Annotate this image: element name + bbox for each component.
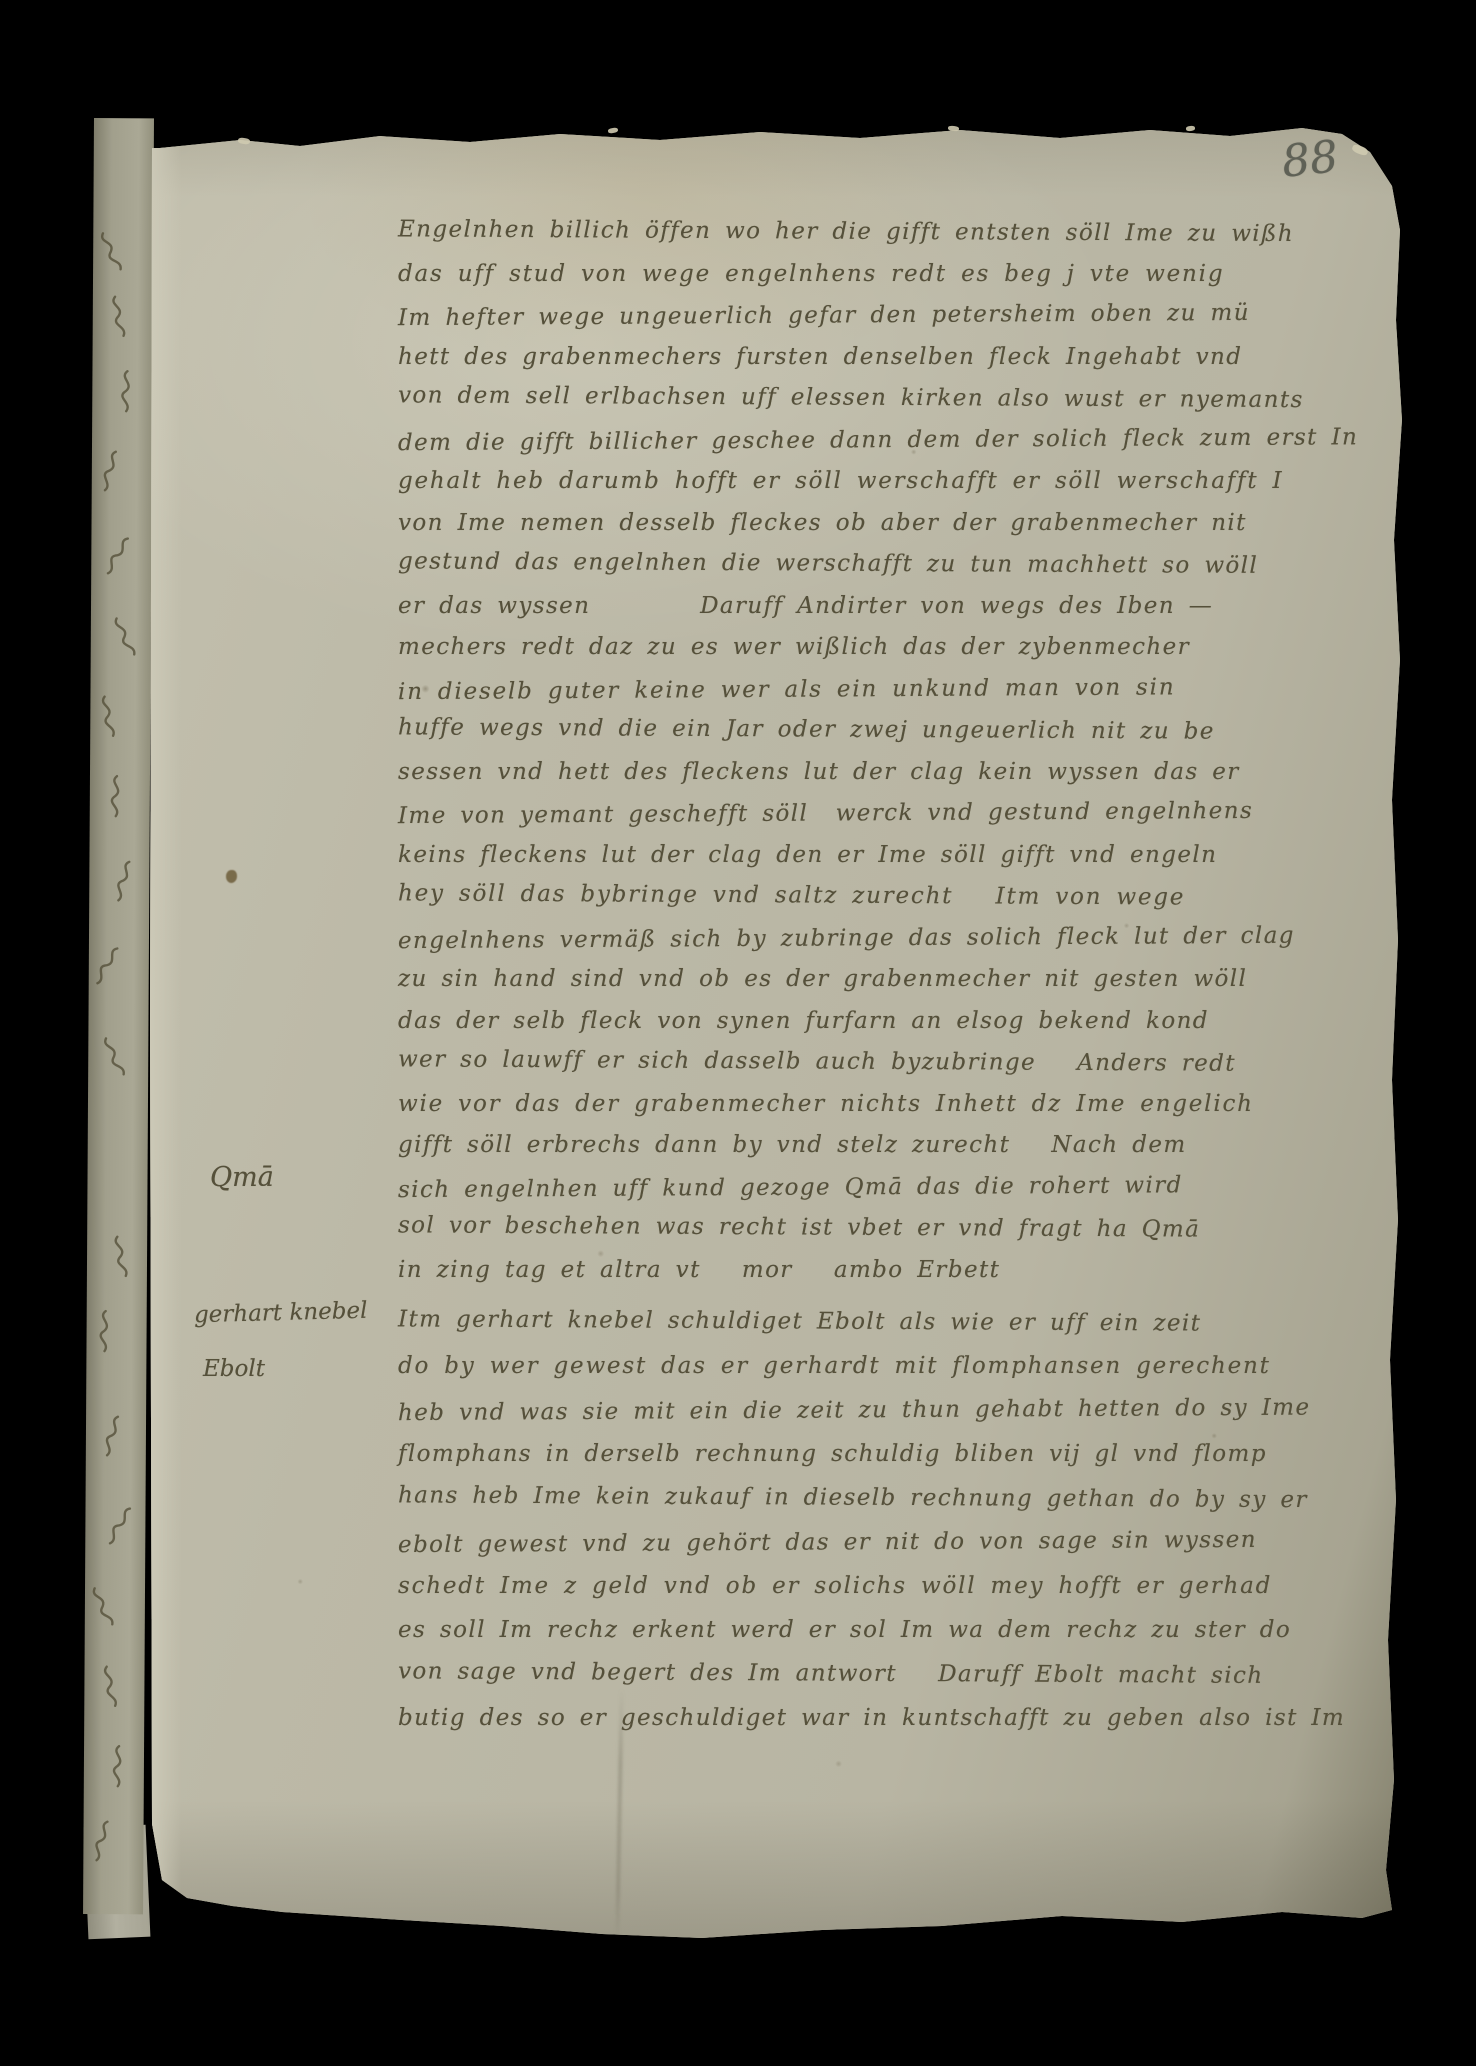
manuscript-line: es soll Im rechz erkent werd er sol Im w… xyxy=(398,1608,1418,1652)
manuscript-line: Im hefter wege ungeuerlich gefar den pet… xyxy=(398,292,1418,340)
manuscript-line: engelnhens vermäß sich by zubringe das s… xyxy=(398,914,1418,962)
manuscript-line: schedt Ime z geld vnd ob er solichs wöll… xyxy=(398,1564,1418,1608)
page-number: 88 xyxy=(1279,131,1340,188)
manuscript-line: gestund das engelnhen die werschafft zu … xyxy=(398,541,1418,588)
prev-page-text-fragment xyxy=(93,1661,129,1712)
manuscript-line: das uff stud von wege engelnhens redt es… xyxy=(398,254,1418,296)
prev-page-text-fragment xyxy=(84,1816,121,1867)
prev-page-strip xyxy=(83,118,154,1914)
manuscript-line: dem die gifft billicher geschee dann dem… xyxy=(398,416,1418,464)
prev-page-text-fragment xyxy=(85,940,130,993)
manuscript-line: ebolt gewest vnd zu gehört das er nit do… xyxy=(398,1517,1418,1567)
manuscript-line: hey söll das bybringe vnd saltz zurecht … xyxy=(398,873,1418,920)
prev-page-text-fragment xyxy=(82,1580,126,1633)
manuscript-line: gifft söll erbrechs dann by vnd stelz zu… xyxy=(398,1125,1418,1167)
deckle-fleck xyxy=(948,125,959,131)
paragraph-1: Engelnhen billich öffen wo her die gifft… xyxy=(398,212,1418,1291)
manuscript-line: huffe wegs vnd die ein Jar oder zwej ung… xyxy=(398,707,1418,754)
prev-page-text-fragment xyxy=(104,773,130,819)
prev-page-text-fragment xyxy=(114,368,140,414)
manuscript-line: Ime von yemant geschefft söll werck vnd … xyxy=(398,790,1418,838)
deckle-fleck xyxy=(1186,126,1195,132)
manuscript-line: sich engelnhen uff kund gezoge Qmā das d… xyxy=(398,1163,1418,1211)
manuscript-line: hans heb Ime kein zukauf in dieselb rech… xyxy=(398,1473,1418,1522)
margin-note-gerhart-knebel: gerhart knebel xyxy=(194,1298,368,1329)
manuscript-line: gehalt heb darumb hofft er söll werschaf… xyxy=(398,461,1418,503)
manuscript-line: wer so lauwff er sich dasselb auch byzub… xyxy=(398,1039,1418,1086)
prev-page-text-fragment xyxy=(93,1030,137,1083)
manuscript-line: butig des so er geschuldiget war in kunt… xyxy=(398,1696,1418,1740)
manuscript-line: hett des grabenmechers fursten denselben… xyxy=(398,337,1418,379)
manuscript-line: zu sin hand sind vnd ob es der grabenmec… xyxy=(398,959,1418,1001)
prev-page-text-fragment xyxy=(98,1500,143,1553)
prev-page-text-fragment xyxy=(106,856,143,907)
manuscript-line: in dieselb guter keine wer als ein unkun… xyxy=(398,665,1418,713)
margin-note-qma: Qmā xyxy=(210,1162,274,1193)
prev-page-text-fragment xyxy=(90,225,134,278)
prev-page-text-fragment xyxy=(104,1231,140,1282)
manuscript-line: von Ime nemen desselb fleckes ob aber de… xyxy=(398,503,1418,545)
manuscript-line: Itm gerhart knebel schuldiget Ebolt als … xyxy=(398,1297,1418,1346)
margin-note-ebolt: Ebolt xyxy=(203,1356,265,1382)
prev-page-text-fragment xyxy=(104,610,148,663)
manuscript-line: das der selb fleck von synen furfarn an … xyxy=(398,1001,1418,1043)
prev-page-text-fragment xyxy=(95,1411,132,1462)
prev-page-text-fragment xyxy=(106,1743,132,1789)
manuscript-line: er das wyssen Daruff Andirter von wegs d… xyxy=(398,586,1418,628)
manuscript-photo: { "page": { "page_number": "88", "margin… xyxy=(0,0,1476,2066)
manuscript-line: heb vnd was sie mit ein die zeit zu thun… xyxy=(398,1385,1418,1435)
manuscript-line: mechers redt daz zu es wer wißlich das d… xyxy=(398,627,1418,669)
manuscript-line: keins fleckens lut der clag den er Ime s… xyxy=(398,835,1418,877)
manuscript-line: wie vor das der grabenmecher nichts Inhe… xyxy=(398,1084,1418,1126)
prev-page-text-fragment xyxy=(92,1308,118,1354)
manuscript-line: sessen vnd hett des fleckens lut der cla… xyxy=(398,752,1418,794)
manuscript-line: von sage vnd begert des Im antwort Daruf… xyxy=(398,1649,1418,1698)
prev-page-text-fragment xyxy=(102,291,138,342)
prev-page-text-fragment xyxy=(91,691,127,742)
paragraph-2: Itm gerhart knebel schuldiget Ebolt als … xyxy=(398,1300,1418,1740)
manuscript-line: sol vor beschehen was recht ist vbet er … xyxy=(398,1205,1418,1252)
manuscript-line: von dem sell erlbachsen uff elessen kirk… xyxy=(398,375,1418,422)
manuscript-line: Engelnhen billich öffen wo her die gifft… xyxy=(398,209,1418,256)
deckle-fleck xyxy=(608,127,619,134)
prev-page-text-fragment xyxy=(96,530,141,583)
prev-page-text-fragment xyxy=(93,446,130,497)
manuscript-line: in zing tag et altra vt mor ambo Erbett xyxy=(398,1250,1418,1292)
manuscript-line: do by wer gewest das er gerhardt mit flo… xyxy=(398,1344,1418,1388)
manuscript-line: flomphans in derselb rechnung schuldig b… xyxy=(398,1432,1418,1476)
